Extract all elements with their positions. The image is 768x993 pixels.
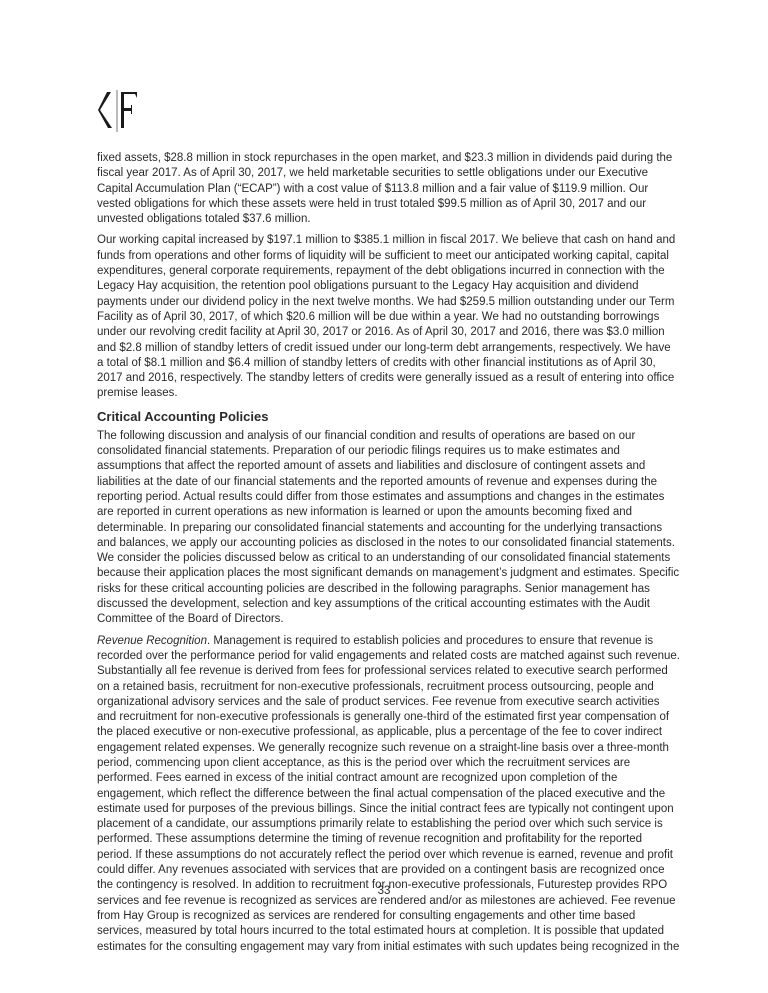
text-line: Revenue Recognition. Management is requi… [97, 634, 677, 649]
document-body: fixed assets, $28.8 million in stock rep… [97, 151, 677, 961]
text-line: services, measured by total hours incurr… [97, 924, 677, 939]
text-line: could differ. Any revenues associated wi… [97, 863, 677, 878]
kf-logo-icon [97, 88, 145, 132]
text-line: estimates for the consulting engagement … [97, 940, 677, 955]
text-line: on a retained basis, recruitment for non… [97, 680, 677, 695]
text-line: Substantially all fee revenue is derived… [97, 664, 677, 679]
text-fragment: . Management is required to establish po… [207, 635, 653, 647]
text-line: Legacy Hay acquisition, the retention po… [97, 279, 677, 294]
text-line: liabilities at the date of our financial… [97, 475, 677, 490]
text-line: Facility as of April 30, 2017, of which … [97, 310, 677, 325]
text-line: consolidated financial statements. Prepa… [97, 444, 677, 459]
text-line: risks for these critical accounting poli… [97, 582, 677, 597]
text-line: Capital Accumulation Plan (“ECAP”) with … [97, 182, 677, 197]
paragraph-revenue-recognition: Revenue Recognition. Management is requi… [97, 634, 677, 955]
text-line: engagement related expenses. We generall… [97, 741, 677, 756]
text-line: premise leases. [97, 386, 677, 401]
text-line: Our working capital increased by $197.1 … [97, 233, 677, 248]
text-line: 2017 and 2016, respectively. The standby… [97, 371, 677, 386]
page-number: 33 [0, 885, 768, 897]
text-line: and balances, we apply our accounting po… [97, 536, 677, 551]
text-line: under our revolving credit facility at A… [97, 325, 677, 340]
text-line: placement of a candidate, our assumption… [97, 817, 677, 832]
subheading-revenue-recognition: Revenue Recognition [97, 635, 207, 647]
text-line: expenditures, general corporate requirem… [97, 264, 677, 279]
text-line: The following discussion and analysis of… [97, 429, 677, 444]
text-line: organizational advisory services and the… [97, 695, 677, 710]
text-line: fiscal year 2017. As of April 30, 2017, … [97, 166, 677, 181]
section-heading: Critical Accounting Policies [97, 408, 677, 425]
paragraph-liquidity-1: fixed assets, $28.8 million in stock rep… [97, 151, 677, 227]
text-line: We consider the policies discussed below… [97, 551, 677, 566]
text-line: estimate used for purposes of the previo… [97, 802, 677, 817]
text-line: period, commencing upon client acceptanc… [97, 756, 677, 771]
text-line: the placed executive or non-executive pr… [97, 725, 677, 740]
text-line: and recruitment for non-executive profes… [97, 710, 677, 725]
text-line: Committee of the Board of Directors. [97, 612, 677, 627]
text-line: recorded over the performance period for… [97, 649, 677, 664]
text-line: discussed the development, selection and… [97, 597, 677, 612]
document-page: fixed assets, $28.8 million in stock rep… [0, 0, 768, 993]
text-line: unvested obligations totaled $37.6 milli… [97, 212, 677, 227]
text-line: engagement, which reflect the difference… [97, 787, 677, 802]
text-line: performed. These assumptions determine t… [97, 832, 677, 847]
text-line: determinable. In preparing our consolida… [97, 521, 677, 536]
text-line: reporting period. Actual results could d… [97, 490, 677, 505]
text-line: assumptions that affect the reported amo… [97, 459, 677, 474]
paragraph-critical-accounting: The following discussion and analysis of… [97, 429, 677, 628]
text-line: fixed assets, $28.8 million in stock rep… [97, 151, 677, 166]
text-line: funds from operations and other forms of… [97, 249, 677, 264]
text-line: performed. Fees earned in excess of the … [97, 771, 677, 786]
text-line: and $2.8 million of standby letters of c… [97, 341, 677, 356]
text-line: payments under our dividend policy in th… [97, 295, 677, 310]
text-line: vested obligations for which these asset… [97, 197, 677, 212]
text-line: because their application places the mos… [97, 566, 677, 581]
text-line: period. If these assumptions do not accu… [97, 848, 677, 863]
paragraph-working-capital: Our working capital increased by $197.1 … [97, 233, 677, 401]
text-line: from Hay Group is recognized as services… [97, 909, 677, 924]
text-line: a total of $8.1 million and $6.4 million… [97, 356, 677, 371]
text-line: are reported in current operations as ne… [97, 505, 677, 520]
